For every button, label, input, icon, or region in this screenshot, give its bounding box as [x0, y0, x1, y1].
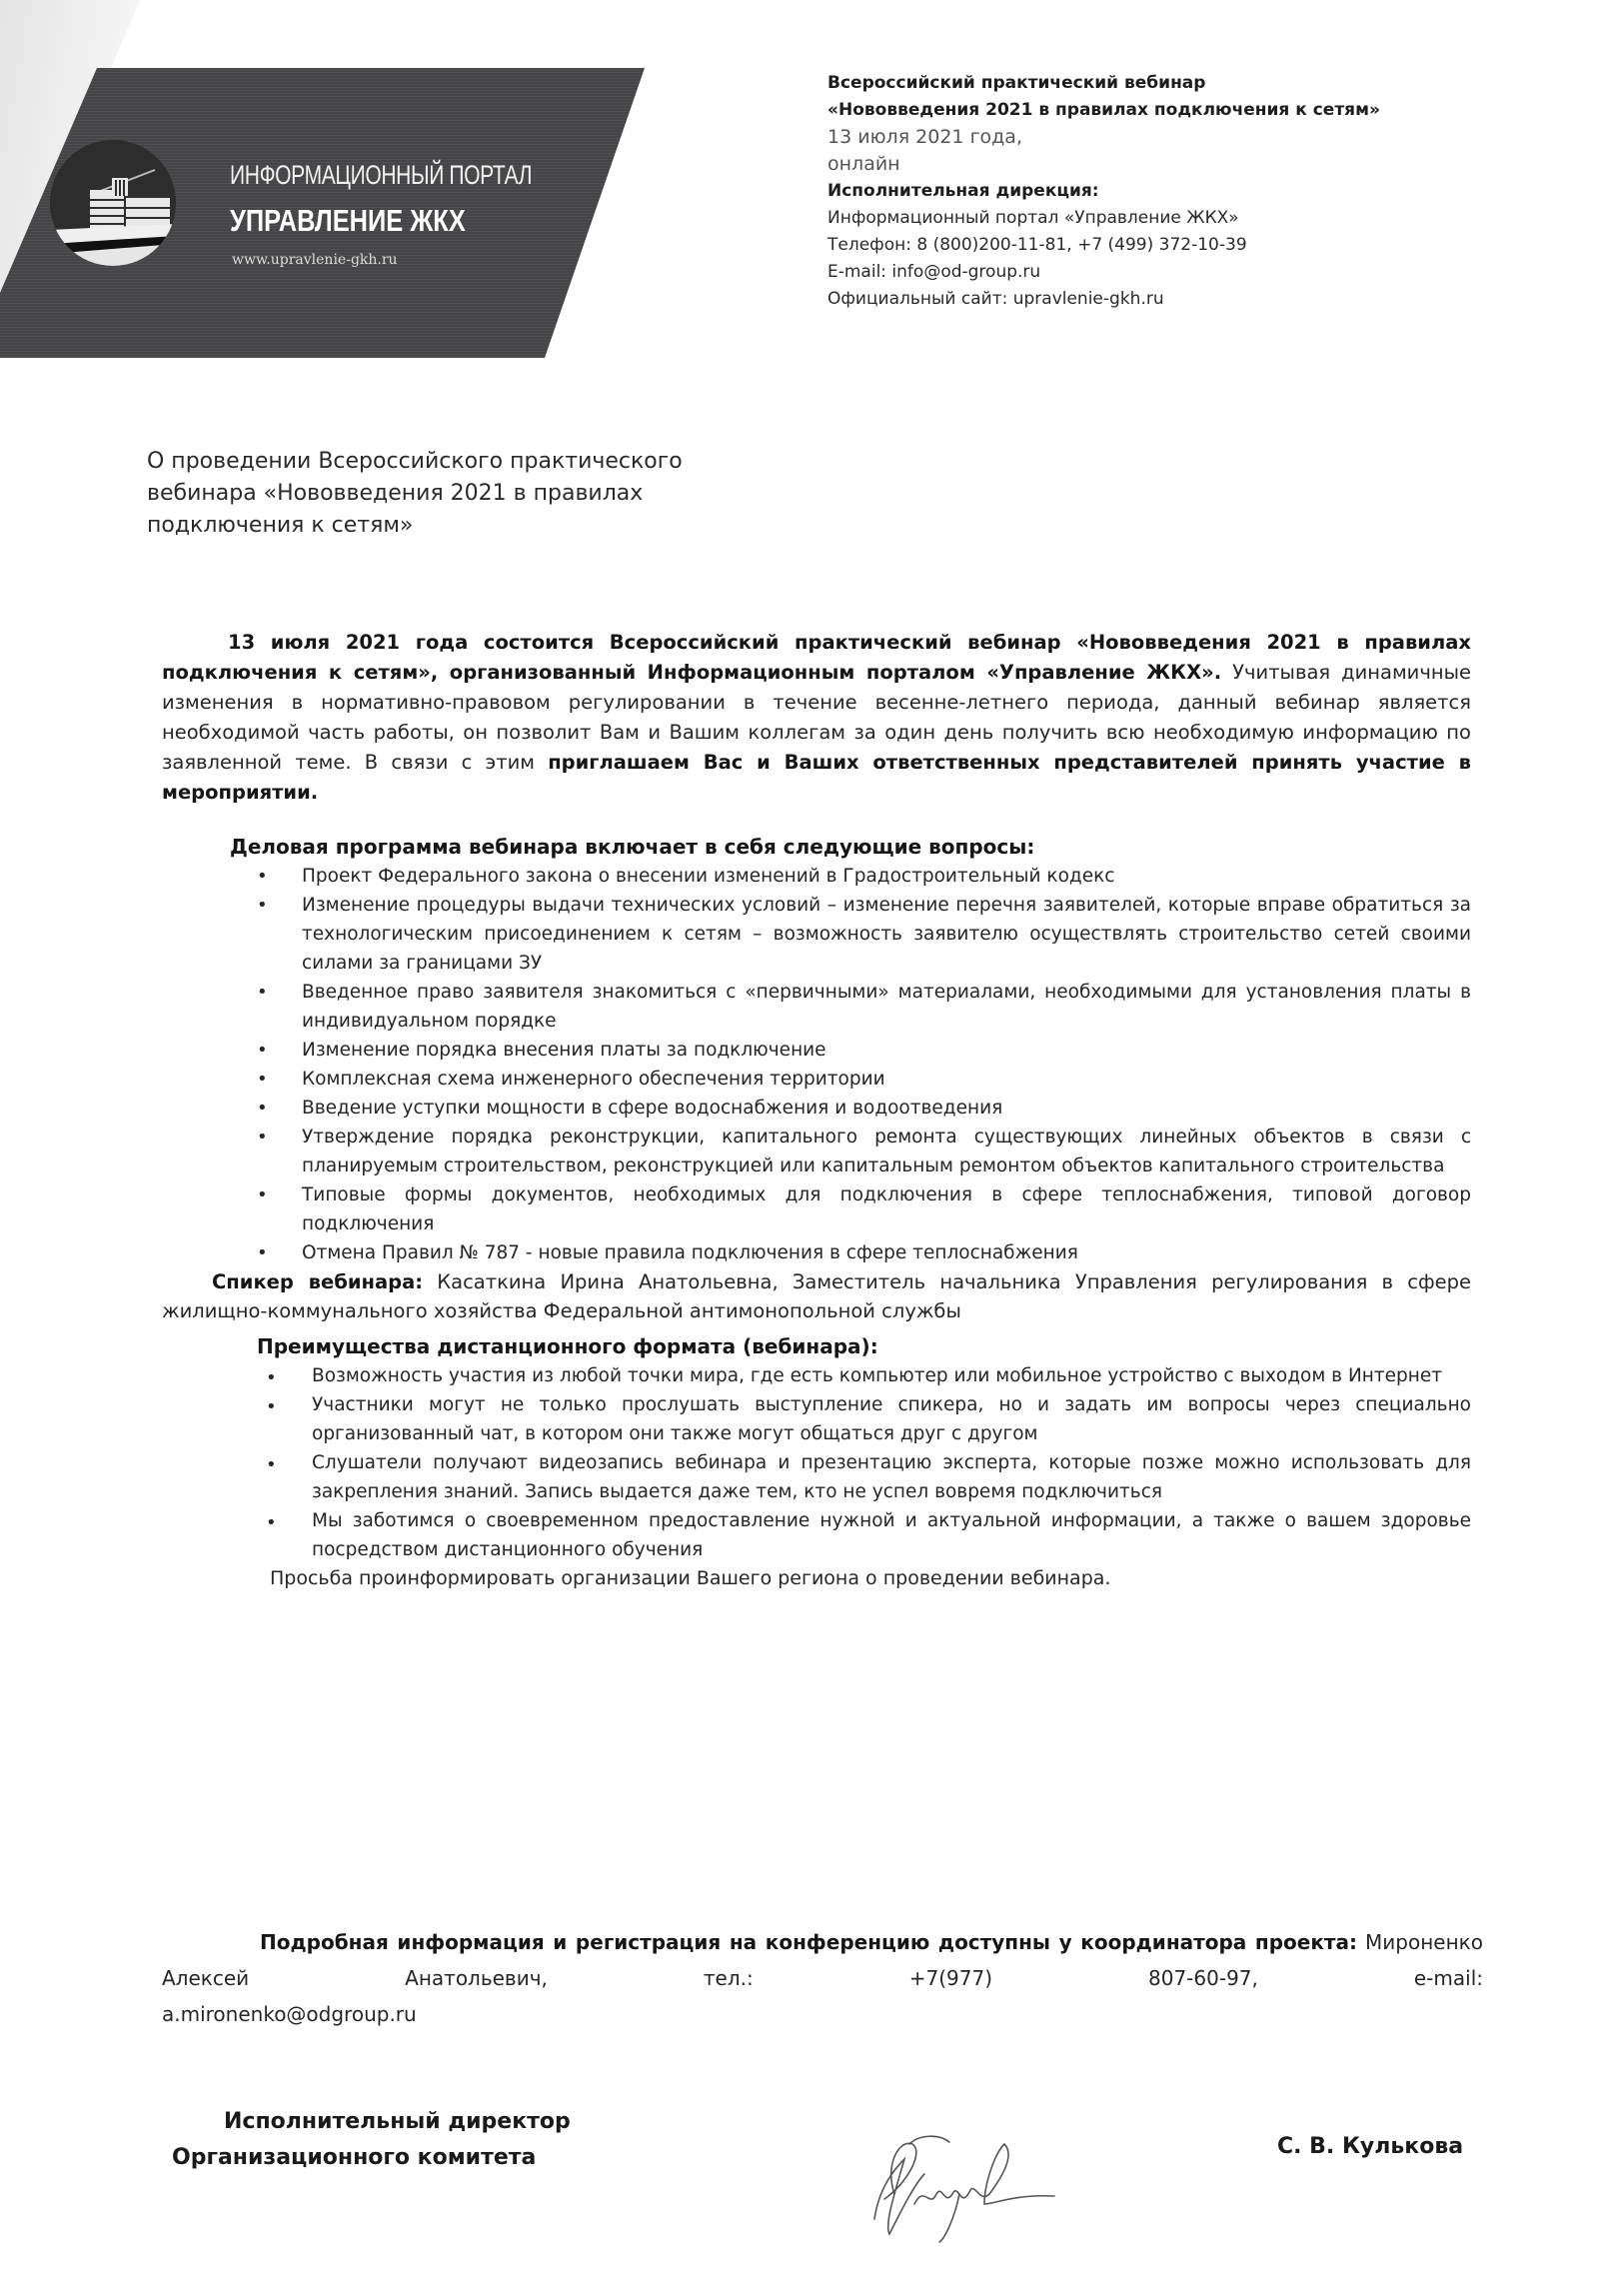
letter-subject: О проведении Всероссийского практическог… — [147, 446, 846, 542]
contact-email-text[interactable]: a.mironenko@odgroup.ru — [162, 2002, 417, 2026]
advantage-item: Участники могут не только прослушать выс… — [312, 1390, 1471, 1448]
signatory-title-line1: Исполнительный директор — [172, 2104, 571, 2140]
signatory-name: С. В. Кулькова — [1277, 2134, 1463, 2159]
website-line: Официальный сайт: upravlenie-gkh.ru — [827, 286, 1527, 313]
program-item: Изменение процедуры выдачи технических у… — [302, 891, 1471, 978]
program-item: Утверждение порядка реконструкции, капит… — [302, 1123, 1471, 1180]
event-date: 13 июля 2021 года, — [827, 124, 1527, 151]
event-type: Всероссийский практический вебинар — [827, 70, 1527, 97]
email-line: E-mail: info@od-group.ru — [827, 259, 1527, 286]
event-format: онлайн — [827, 151, 1527, 178]
program-item: Отмена Правил № 787 - новые правила подк… — [302, 1238, 1471, 1267]
phone-line: Телефон: 8 (800)200-11-81, +7 (499) 372-… — [827, 232, 1527, 259]
advantage-item: Слушатели получают видеозапись вебинара … — [312, 1448, 1471, 1506]
speaker-label: Спикер вебинара: — [212, 1270, 423, 1293]
advantages-heading: Преимущества дистанционного формата (веб… — [257, 1331, 1471, 1361]
handwritten-signature-icon — [854, 2124, 1094, 2248]
advantage-item: Мы заботимся о своевременном предоставле… — [312, 1506, 1471, 1564]
subject-line: О проведении Всероссийского практическог… — [147, 446, 846, 478]
signatory-title: Исполнительный директор Организационного… — [172, 2104, 571, 2176]
letter-body: 13 июля 2021 года состоится Всероссийски… — [162, 628, 1471, 1593]
program-item: Изменение порядка внесения платы за подк… — [302, 1036, 1471, 1065]
advantage-item: Возможность участия из любой точки мира,… — [312, 1361, 1471, 1390]
logo-line2: УПРАВЛЕНИЕ ЖКХ — [230, 203, 466, 239]
organization-name: Информационный портал «Управление ЖКХ» — [827, 205, 1527, 232]
subject-line: вебинара «Нововведения 2021 в правилах — [147, 478, 846, 510]
contact-email[interactable]: a.mironenko@odgroup.ru — [162, 1996, 1483, 2032]
program-item: Проект Федерального закона о внесении из… — [302, 862, 1471, 891]
directorate-label: Исполнительная дирекция: — [827, 178, 1527, 205]
building-emblem-icon — [50, 140, 176, 266]
contact-block: Подробная информация и регистрация на ко… — [162, 1924, 1483, 2032]
contact-bold: Подробная информация и регистрация на ко… — [260, 1930, 1357, 1954]
subject-line: подключения к сетям» — [147, 510, 846, 542]
speaker-paragraph: Спикер вебинара: Касаткина Ирина Анатоль… — [162, 1267, 1471, 1325]
program-list: Проект Федерального закона о внесении из… — [162, 862, 1471, 1267]
program-item: Типовые формы документов, необходимых дл… — [302, 1180, 1471, 1238]
program-item: Введенное право заявителя знакомиться с … — [302, 978, 1471, 1036]
signatory-title-line2: Организационного комитета — [172, 2140, 571, 2176]
program-item: Введение уступки мощности в сфере водосн… — [302, 1094, 1471, 1123]
letterhead-info: Всероссийский практический вебинар «Ново… — [827, 70, 1527, 313]
program-item: Комплексная схема инженерного обеспечени… — [302, 1065, 1471, 1094]
program-heading: Деловая программа вебинара включает в се… — [230, 832, 1471, 862]
request-line: Просьба проинформировать организации Ваш… — [270, 1564, 1471, 1593]
contact-paragraph: Подробная информация и регистрация на ко… — [162, 1924, 1483, 1996]
advantages-list: Возможность участия из любой точки мира,… — [162, 1361, 1471, 1564]
logo-url: www.upravlenie-gkh.ru — [232, 252, 398, 268]
event-title: «Нововведения 2021 в правилах подключени… — [827, 97, 1527, 124]
intro-paragraph: 13 июля 2021 года состоится Всероссийски… — [162, 628, 1471, 808]
logo-line1: ИНФОРМАЦИОННЫЙ ПОРТАЛ — [230, 160, 532, 191]
